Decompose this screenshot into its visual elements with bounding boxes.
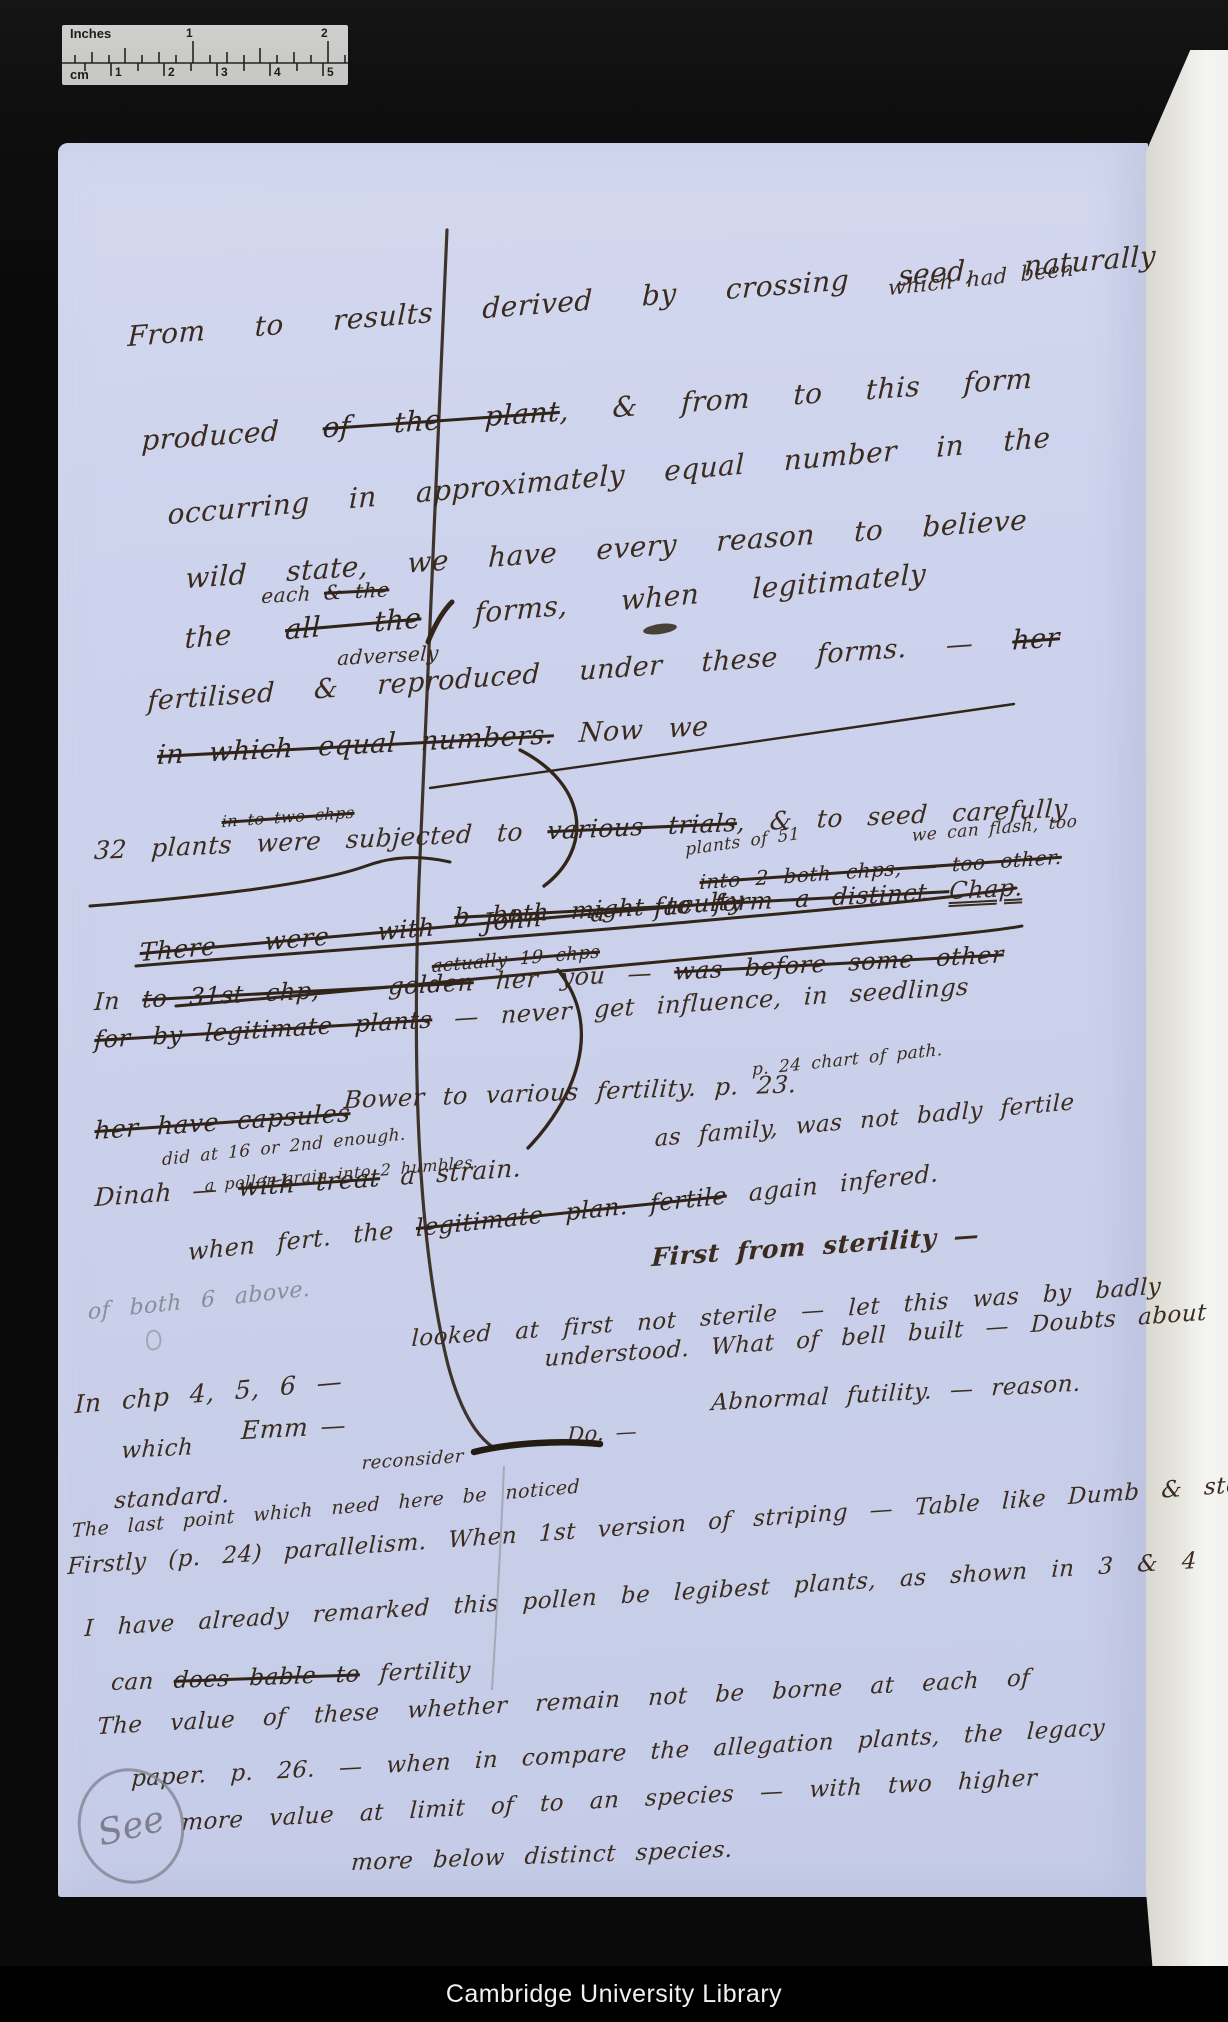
ruler-cm-number: 4 bbox=[274, 65, 281, 79]
handwriting-text: In bbox=[94, 985, 143, 1016]
struck-text: her bbox=[1012, 622, 1061, 656]
handwriting-note: Do. — bbox=[567, 1419, 638, 1447]
library-credit: Cambridge University Library bbox=[446, 1980, 782, 2009]
ruler-cm-number: 2 bbox=[168, 65, 175, 79]
handwriting-text: fertility bbox=[359, 1657, 472, 1687]
struck-text: & the bbox=[323, 577, 390, 605]
ruler-cm-number: 5 bbox=[327, 65, 334, 79]
ruler-inches-label: Inches bbox=[70, 26, 111, 41]
ruler: Inches 1 2 cm 1 2 3 4 5 bbox=[62, 25, 348, 85]
ruler-inch-number: 2 bbox=[321, 26, 328, 40]
stamp-label: See bbox=[93, 1798, 168, 1854]
handwriting-line: which bbox=[121, 1434, 194, 1464]
handwriting-text: Do. — bbox=[567, 1419, 638, 1447]
handwriting-text: can bbox=[110, 1668, 175, 1696]
handwriting-text: Emm — bbox=[240, 1410, 346, 1445]
handwriting-text: Chap. bbox=[949, 873, 1024, 905]
ruler-cm-number: 1 bbox=[115, 65, 122, 79]
handwriting-text: each bbox=[261, 581, 325, 608]
ruler-cm-number: 3 bbox=[221, 65, 228, 79]
handwriting-text: which bbox=[121, 1434, 194, 1464]
ruler-cm-label: cm bbox=[70, 67, 89, 82]
adjacent-page-edge bbox=[1146, 50, 1228, 1968]
footer-bar: Cambridge University Library bbox=[0, 1966, 1228, 2022]
scan-background: Inches 1 2 cm 1 2 3 4 5 which had been F… bbox=[0, 0, 1228, 2022]
handwriting-line: Emm — bbox=[240, 1410, 346, 1445]
ruler-inch-number: 1 bbox=[186, 26, 193, 40]
